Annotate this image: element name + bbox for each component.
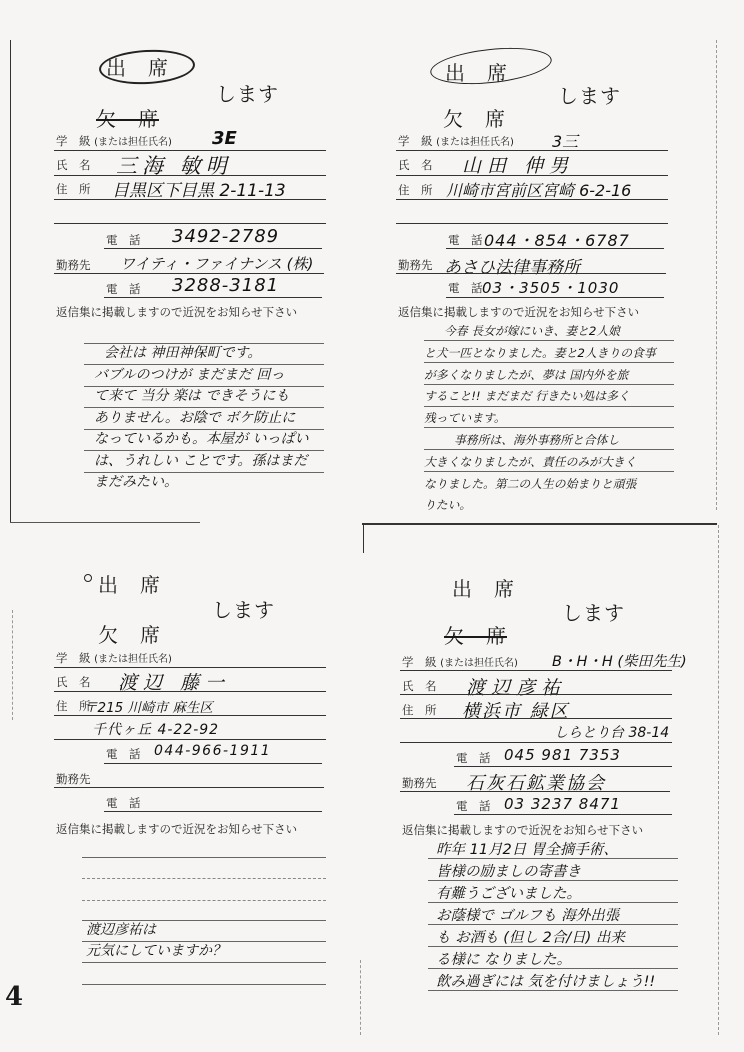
- message-line: が多くなりましたが、夢は 国内外を旅: [424, 365, 656, 387]
- work-phone-line: [104, 811, 322, 812]
- name-line: [54, 691, 326, 692]
- name-label: 氏 名: [402, 678, 437, 694]
- name-line: [396, 175, 668, 176]
- address-line-2: [54, 739, 326, 740]
- message-line: て来て 当分 楽は できそうにも: [94, 386, 308, 408]
- page-number: 4: [5, 982, 23, 1012]
- attend-label: 出 席: [106, 52, 169, 81]
- message-body: 渡辺彦祐は 元気にしていますか？: [86, 836, 226, 962]
- absent-label: 欠 席: [443, 103, 506, 132]
- shimasu-label: します: [216, 78, 279, 107]
- phone-line: [104, 763, 322, 764]
- message-line: 有難うございました。: [436, 883, 655, 905]
- work-phone-value: 03・3505・1030: [482, 277, 619, 298]
- phone-line: [446, 248, 664, 249]
- message-line: すること!! まだまだ 行きたい処は多く: [424, 386, 656, 408]
- message-line: は、うれしい ことです。孫はまだ: [94, 451, 308, 473]
- class-line: [400, 670, 672, 671]
- message-line: [86, 878, 226, 899]
- work-phone-label: 電 話: [448, 280, 483, 296]
- class-label: 学 級 (または担任氏名): [56, 133, 172, 149]
- address-value: 目黒区下目黒 2-11-13: [112, 176, 286, 201]
- workplace-line: [54, 787, 324, 788]
- attend-label: 出 席: [98, 569, 161, 598]
- message-line: バブルのつけが まだまだ 回っ: [94, 365, 308, 387]
- message-line: なっているかも。本屋が いっぱい: [94, 429, 308, 451]
- message-line: 皆様の励ましの寄書き: [436, 861, 655, 883]
- address-line: [396, 199, 668, 200]
- class-label: 学 級 (または担任氏名): [402, 654, 518, 670]
- workplace-label: 勤務先: [402, 775, 437, 791]
- message-line: お蔭様で ゴルフも 海外出張: [436, 905, 655, 927]
- divider-top-left: [10, 522, 200, 523]
- shimasu-label: します: [562, 597, 625, 626]
- name-value: 山田 伸男: [462, 151, 574, 178]
- message-body: 会社は 神田神保町です。 バブルのつけが まだまだ 回っ て来て 当分 楽は で…: [94, 343, 308, 494]
- address-value-2: 千代ヶ丘 4-22-92: [92, 719, 219, 739]
- attend-dot-mark: [84, 574, 92, 582]
- class-value: 3E: [212, 128, 237, 149]
- message-line: と犬一匹となりました。妻と2人きりの食事: [424, 343, 656, 365]
- class-label: 学 級 (または担任氏名): [398, 133, 514, 149]
- address-value-2: しらとり台 38-14: [554, 722, 669, 742]
- workplace-label: 勤務先: [398, 257, 433, 273]
- address-label: 住 所: [56, 181, 91, 197]
- divider-vertical-bottom: [363, 523, 364, 553]
- name-label: 氏 名: [56, 157, 91, 173]
- message-line: [86, 836, 226, 857]
- attend-label: 出 席: [452, 573, 515, 602]
- name-value: 渡 辺 彦 祐: [466, 673, 560, 700]
- message-prompt: 返信集に掲載しますので近況をお知らせ下さい: [402, 822, 643, 838]
- message-line: まだみたい。: [94, 472, 308, 494]
- absent-label-struck: 欠 席: [96, 103, 159, 132]
- message-line: 今春 長女が嫁にいき、妻と2人娘: [424, 321, 656, 343]
- absent-label: 欠 席: [98, 619, 161, 648]
- message-prompt: 返信集に掲載しますので近況をお知らせ下さい: [56, 304, 297, 320]
- address-line-2: [396, 223, 668, 224]
- address-line: [54, 199, 326, 200]
- name-line: [400, 694, 672, 695]
- message-body: 昨年 11月2日 胃全摘手術、 皆様の励ましの寄書き 有難うございました。 お蔭…: [436, 839, 655, 993]
- workplace-line: [400, 791, 670, 792]
- address-label: 住 所: [398, 182, 433, 198]
- workplace-label: 勤務先: [56, 257, 91, 273]
- message-body: 今春 長女が嫁にいき、妻と2人娘 と犬一匹となりました。妻と2人きりの食事 が多…: [424, 321, 656, 517]
- msg-rule-6: [82, 962, 326, 963]
- work-phone-line: [104, 297, 322, 298]
- left-border-bottom: [12, 610, 13, 720]
- message-line: も お酒も (但し 2合/日) 出来: [436, 927, 655, 949]
- phone-label: 電 話: [456, 750, 491, 766]
- message-line: 元気にしていますか？: [86, 941, 226, 962]
- work-phone-label: 電 話: [106, 281, 141, 297]
- address-line: [400, 718, 672, 719]
- work-phone-value: 3288-3181: [172, 275, 279, 296]
- workplace-line: [396, 273, 666, 274]
- address-value: 川崎市宮前区宮崎 6-2-16: [446, 178, 631, 201]
- message-line: なりました。第二の人生の始まりと頑張: [424, 474, 656, 496]
- message-line: る様に なりました。: [436, 949, 655, 971]
- message-line: 飲み過ぎには 気を付けましょう!!: [436, 971, 655, 993]
- workplace-value: あさひ法律事務所: [444, 253, 580, 278]
- phone-label: 電 話: [106, 232, 141, 248]
- message-line: ありません。お陰で ボケ防止に: [94, 408, 308, 430]
- address-value: 横浜市 緑区: [462, 697, 570, 723]
- message-line: [86, 857, 226, 878]
- attend-label: 出 席: [445, 57, 508, 86]
- class-value: 3三: [552, 129, 578, 152]
- divider-bottom-right: [362, 523, 717, 525]
- message-line: 事務所は、海外事務所と合体し: [424, 430, 656, 452]
- work-phone-label: 電 話: [106, 795, 141, 811]
- message-line: 会社は 神田神保町です。: [94, 343, 308, 365]
- message-line: 昨年 11月2日 胃全摘手術、: [436, 839, 655, 861]
- name-label: 氏 名: [398, 157, 433, 173]
- phone-line: [104, 248, 322, 249]
- address-label: 住 所: [402, 702, 437, 718]
- phone-value: 045 981 7353: [504, 746, 621, 764]
- left-border-top: [10, 40, 11, 522]
- shimasu-label: します: [212, 594, 275, 623]
- phone-label: 電 話: [106, 746, 141, 762]
- class-label: 学 級 (または担任氏名): [56, 650, 172, 666]
- phone-line: [454, 766, 672, 767]
- work-phone-value: 03 3237 8471: [504, 795, 621, 813]
- work-phone-line: [446, 297, 664, 298]
- message-line: 渡辺彦祐は: [86, 920, 226, 941]
- msg-rule-7: [82, 984, 326, 985]
- right-border-bottom: [718, 525, 719, 1035]
- phone-label: 電 話: [448, 232, 483, 248]
- address-line-2: [400, 742, 672, 743]
- message-prompt: 返信集に掲載しますので近況をお知らせ下さい: [56, 821, 297, 837]
- phone-value: 044-966-1911: [154, 743, 271, 759]
- message-prompt: 返信集に掲載しますので近況をお知らせ下さい: [398, 304, 639, 320]
- class-value: B・H・H (柴田先生): [552, 650, 687, 671]
- message-line: [86, 899, 226, 920]
- phone-value: 3492-2789: [172, 226, 279, 247]
- workplace-value: ワイティ・ファイナンス (株): [120, 253, 313, 274]
- message-line: 残っています。: [424, 408, 656, 430]
- right-border-top: [716, 40, 717, 510]
- absent-label-struck: 欠 席: [444, 620, 507, 649]
- address-line-2: [54, 223, 326, 224]
- address-line: [54, 715, 326, 716]
- name-label: 氏 名: [56, 674, 91, 690]
- right-border-bl: [360, 960, 361, 1035]
- work-phone-label: 電 話: [456, 798, 491, 814]
- shimasu-label: します: [558, 80, 621, 109]
- workplace-label: 勤務先: [56, 771, 91, 787]
- message-line: りたい。: [424, 495, 656, 517]
- work-phone-line: [454, 814, 672, 815]
- address-value: 〒215 川崎市 麻生区: [84, 696, 213, 716]
- message-line: 大きくなりましたが、責任のみが大きく: [424, 452, 656, 474]
- workplace-line: [54, 273, 324, 274]
